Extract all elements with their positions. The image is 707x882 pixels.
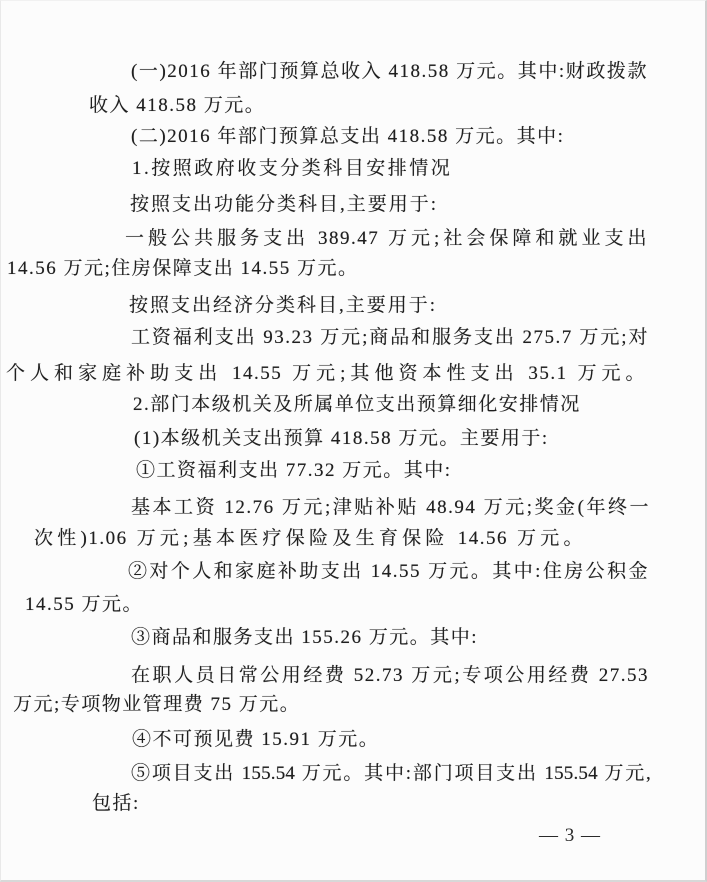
doc-line: 工资福利支出 93.23 万元;商品和服务支出 275.7 万元;对 — [131, 324, 649, 352]
doc-line: 1.按照政府收支分类科目安排情况 — [132, 155, 452, 183]
doc-line: 14.56 万元;住房保障支出 14.55 万元。 — [7, 255, 359, 283]
doc-line: 按照支出功能分类科目,主要用于: — [130, 191, 438, 219]
document-page: (一)2016 年部门预算总收入 418.58 万元。其中:财政拨款 收入 41… — [0, 0, 707, 882]
page-number: — 3 — — [539, 824, 601, 848]
doc-line: ③商品和服务支出 155.26 万元。其中: — [131, 624, 478, 652]
doc-line: ⑤项目支出 155.54 万元。其中:部门项目支出 155.54 万元, — [131, 760, 651, 788]
doc-line: 在职人员日常公用经费 52.73 万元;专项公用经费 27.53 — [131, 662, 649, 690]
doc-line: 基本工资 12.76 万元;津贴补贴 48.94 万元;奖金(年终一 — [131, 494, 650, 522]
doc-line: (二)2016 年部门预算总支出 418.58 万元。其中: — [131, 123, 564, 151]
doc-line: 包括: — [92, 790, 140, 818]
doc-line: ④不可预见费 15.91 万元。 — [132, 726, 379, 754]
doc-line: 按照支出经济分类科目,主要用于: — [129, 292, 437, 320]
doc-line: 万元;专项物业管理费 75 万元。 — [13, 691, 300, 719]
doc-line: 14.55 万元。 — [25, 591, 143, 619]
doc-line: 个人和家庭补助支出 14.55 万元;其他资本性支出 35.1 万元。 — [6, 360, 646, 388]
doc-line: 一般公共服务支出 389.47 万元;社会保障和就业支出 — [125, 225, 648, 253]
doc-line: 2.部门本级机关及所属单位支出预算细化安排情况 — [133, 391, 581, 419]
doc-line: 收入 418.58 万元。 — [89, 92, 265, 120]
doc-line: ①工资福利支出 77.32 万元。其中: — [136, 457, 452, 485]
doc-line: (1)本级机关支出预算 418.58 万元。主要用于: — [134, 425, 549, 453]
doc-line: 次性)1.06 万元;基本医疗保险及生育保险 14.56 万元。 — [34, 525, 584, 553]
doc-line: ②对个人和家庭补助支出 14.55 万元。其中:住房公积金 — [128, 558, 649, 586]
doc-line: (一)2016 年部门预算总收入 418.58 万元。其中:财政拨款 — [131, 58, 648, 86]
